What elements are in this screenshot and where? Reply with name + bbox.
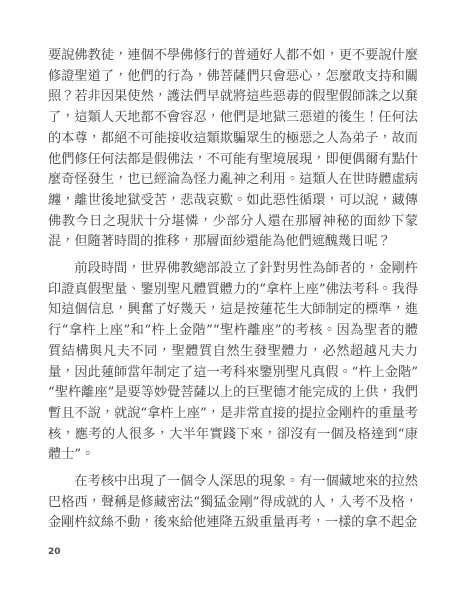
paragraph-1: 要說佛教徒，連個不學佛修行的普通好人都不如，更不要說什麼修證聖道了，他們的行為，… bbox=[48, 46, 418, 253]
page-number: 20 bbox=[48, 547, 61, 557]
text-block: 要說佛教徒，連個不學佛修行的普通好人都不如，更不要說什麼修證聖道了，他們的行為，… bbox=[48, 46, 418, 540]
document-page: 要說佛教徒，連個不學佛修行的普通好人都不如，更不要說什麼修證聖道了，他們的行為，… bbox=[0, 0, 464, 600]
paragraph-2: 前段時間，世界佛教總部設立了針對男性為師者的，金剛杵印證真假聖量、鑒別聖凡體質體… bbox=[48, 259, 418, 466]
paragraph-3: 在考核中出現了一個令人深思的現象。有一個藏地來的拉然巴格西，聲稱是修藏密法“獨猛… bbox=[48, 472, 418, 534]
